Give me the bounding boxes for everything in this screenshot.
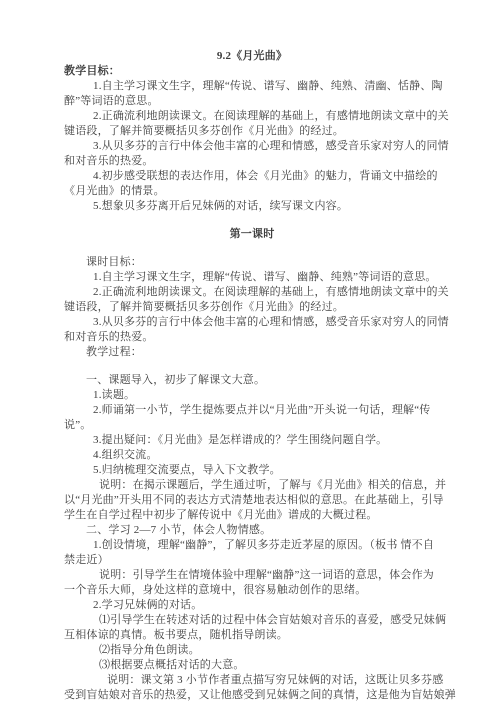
text-line: 一、课题导入，初步了解课文大意。	[64, 373, 440, 388]
text-line: ⑶根据要点概括对话的大意。	[64, 658, 440, 673]
text-line: 一个音乐大师，身处这样的意境中，很容易触动创作的思绪。	[64, 583, 440, 598]
text-line: 学生在自学过程中初步了解传说中《月光曲》谱成的大概过程。	[64, 508, 440, 523]
text-line: 《月光曲》的情景。	[64, 184, 440, 199]
text-line: 二、学习 2—7 小节，体会人物情感。	[64, 523, 440, 538]
text-line: 2.师诵第一小节，学生提炼要点并以“月光曲”开头说一句话，理解“传	[64, 403, 440, 418]
text-line: 和对音乐的热爱。	[64, 330, 440, 345]
blank-spacer	[64, 360, 440, 373]
document-title: 9.2《月光曲》	[64, 49, 440, 64]
text-line: 1.自主学习课文生字，理解“传说、谱写、幽静、纯熟、清幽、恬静、陶	[64, 79, 440, 94]
text-line: 1.读题。	[64, 388, 440, 403]
text-line: 教学过程：	[64, 345, 440, 360]
text-line: 4.初步感受联想的表达作用，体会《月光曲》的魅力，背诵文中描绘的	[64, 169, 440, 184]
document-page: 9.2《月光曲》教学目标：1.自主学习课文生字，理解“传说、谱写、幽静、纯熟、清…	[0, 0, 500, 707]
text-line: 2.正确流利地朗读课文。在阅读理解的基础上，有感情地朗读文章中的关	[64, 285, 440, 300]
text-line: 2.学习兄妹俩的对话。	[64, 598, 440, 613]
text-line: 1.创设情境，理解“幽静”，了解贝多芬走近茅屋的原因。（板书 情不自	[64, 538, 440, 553]
text-line: 以“月光曲”开头用不同的表达方式清楚地表达相似的意思。在此基础上，引导	[64, 493, 440, 508]
text-line: 键语段，了解并简要概括贝多芬创作《月光曲》的经过。	[64, 300, 440, 315]
section-label: 教学目标：	[64, 64, 440, 79]
text-line: 键语段，了解并简要概括贝多芬创作《月光曲》的经过。	[64, 124, 440, 139]
text-line: 和对音乐的热爱。	[64, 154, 440, 169]
text-line: 说明：在揭示课题后，学生通过听，了解与《月光曲》相关的信息，并	[64, 478, 440, 493]
text-line: 醉”等词语的意思。	[64, 94, 440, 109]
text-line: 4.组织交流。	[64, 448, 440, 463]
text-line: 受到盲姑娘对音乐的热爱，又让他感受到兄妹俩之间的真情，这是他为盲姑娘弹	[64, 688, 440, 703]
text-line: 5.归纳梳理交流要点，导入下文教学。	[64, 463, 440, 478]
text-line: 说”。	[64, 418, 440, 433]
section-heading: 第一课时	[64, 227, 440, 242]
blank-spacer	[64, 242, 440, 255]
text-line: 课时目标：	[64, 255, 440, 270]
text-line: 说明：引导学生在情境体验中理解“幽静”这一词语的意思，体会作为	[64, 568, 440, 583]
text-line: 3.从贝多芬的言行中体会他丰富的心理和情感，感受音乐家对穷人的同情	[64, 139, 440, 154]
document-body: 9.2《月光曲》教学目标：1.自主学习课文生字，理解“传说、谱写、幽静、纯熟、清…	[64, 49, 440, 703]
text-line: 互相体谅的真情。板书要点，随机指导朗读。	[64, 628, 440, 643]
text-line: 1.自主学习课文生字，理解“传说、谱写、幽静、纯熟”等词语的意思。	[64, 270, 440, 285]
text-line: 2.正确流利地朗读课文。在阅读理解的基础上，有感情地朗读文章中的关	[64, 109, 440, 124]
text-line: 说明：课文第 3 小节作者重点描写穷兄妹俩的对话，这既让贝多芬感	[64, 673, 440, 688]
text-line: 3.提出疑问：《月光曲》是怎样谱成的？学生围绕问题自学。	[64, 433, 440, 448]
text-line: ⑵指导分角色朗读。	[64, 643, 440, 658]
text-line: 禁走近）	[64, 553, 440, 568]
text-line: 5.想象贝多芬离开后兄妹俩的对话，续写课文内容。	[64, 199, 440, 214]
text-line: 3.从贝多芬的言行中体会他丰富的心理和情感，感受音乐家对穷人的同情	[64, 315, 440, 330]
blank-spacer	[64, 214, 440, 227]
text-line: ⑴引导学生在转述对话的过程中体会盲姑娘对音乐的喜爱，感受兄妹俩	[64, 613, 440, 628]
